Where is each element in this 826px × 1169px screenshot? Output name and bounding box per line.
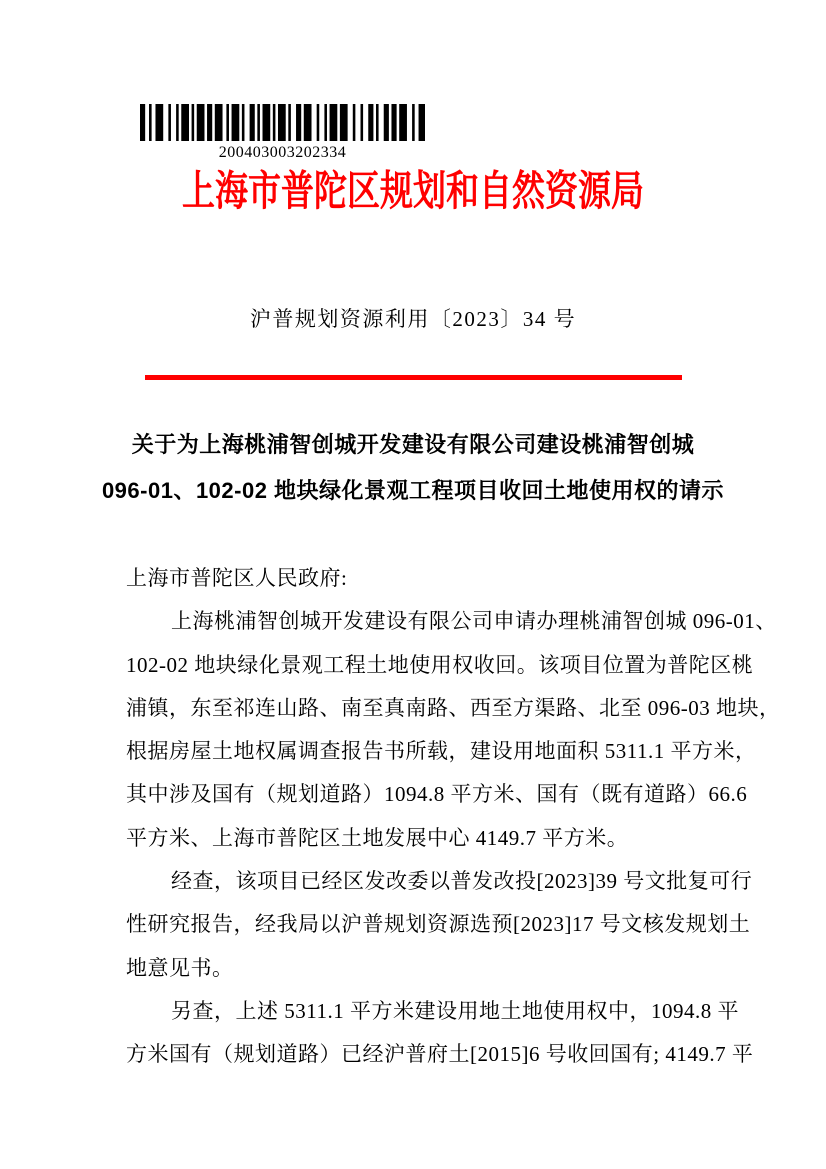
body-line: 上海桃浦智创城开发建设有限公司申请办理桃浦智创城 096-01、 <box>126 600 726 643</box>
official-document-page: 200403003202334 上海市普陀区规划和自然资源局 沪普规划资源利用〔… <box>0 0 826 1169</box>
document-title-line-2: 096-01、102-02 地块绿化景观工程项目收回土地使用权的请示 <box>0 468 826 514</box>
barcode-number: 200403003202334 <box>140 144 425 162</box>
body-line: 经查，该项目已经区发改委以普发改投[2023]39 号文批复可行 <box>126 860 726 903</box>
body-line: 另查，上述 5311.1 平方米建设用地土地使用权中，1094.8 平 <box>126 990 726 1033</box>
body-line: 性研究报告，经我局以沪普规划资源选预[2023]17 号文核发规划土 <box>126 903 726 946</box>
document-title: 关于为上海桃浦智创城开发建设有限公司建设桃浦智创城 096-01、102-02 … <box>0 422 826 514</box>
body-line: 根据房屋土地权属调查报告书所载，建设用地面积 5311.1 平方米， <box>126 730 726 773</box>
body-line: 浦镇，东至祁连山路、南至真南路、西至方渠路、北至 096-03 地块， <box>126 687 726 730</box>
body-line: 平方米、上海市普陀区土地发展中心 4149.7 平方米。 <box>126 817 726 860</box>
document-reference-number: 沪普规划资源利用〔2023〕34 号 <box>0 303 826 333</box>
body-line: 方米国有（规划道路）已经沪普府土[2015]6 号收回国有; 4149.7 平 <box>126 1033 726 1076</box>
body-line: 其中涉及国有（规划道路）1094.8 平方米、国有（既有道路）66.6 <box>126 773 726 816</box>
red-divider-line <box>145 375 682 380</box>
barcode-block: 200403003202334 <box>140 104 425 162</box>
document-title-line-1: 关于为上海桃浦智创城开发建设有限公司建设桃浦智创城 <box>0 422 826 468</box>
barcode-icon <box>140 104 425 141</box>
document-body: 上海市普陀区人民政府:上海桃浦智创城开发建设有限公司申请办理桃浦智创城 096-… <box>126 557 726 1077</box>
body-line: 地意见书。 <box>126 947 726 990</box>
body-line: 上海市普陀区人民政府: <box>126 557 726 600</box>
agency-masthead: 上海市普陀区规划和自然资源局 <box>0 170 826 215</box>
body-line: 102-02 地块绿化景观工程土地使用权收回。该项目位置为普陀区桃 <box>126 644 726 687</box>
